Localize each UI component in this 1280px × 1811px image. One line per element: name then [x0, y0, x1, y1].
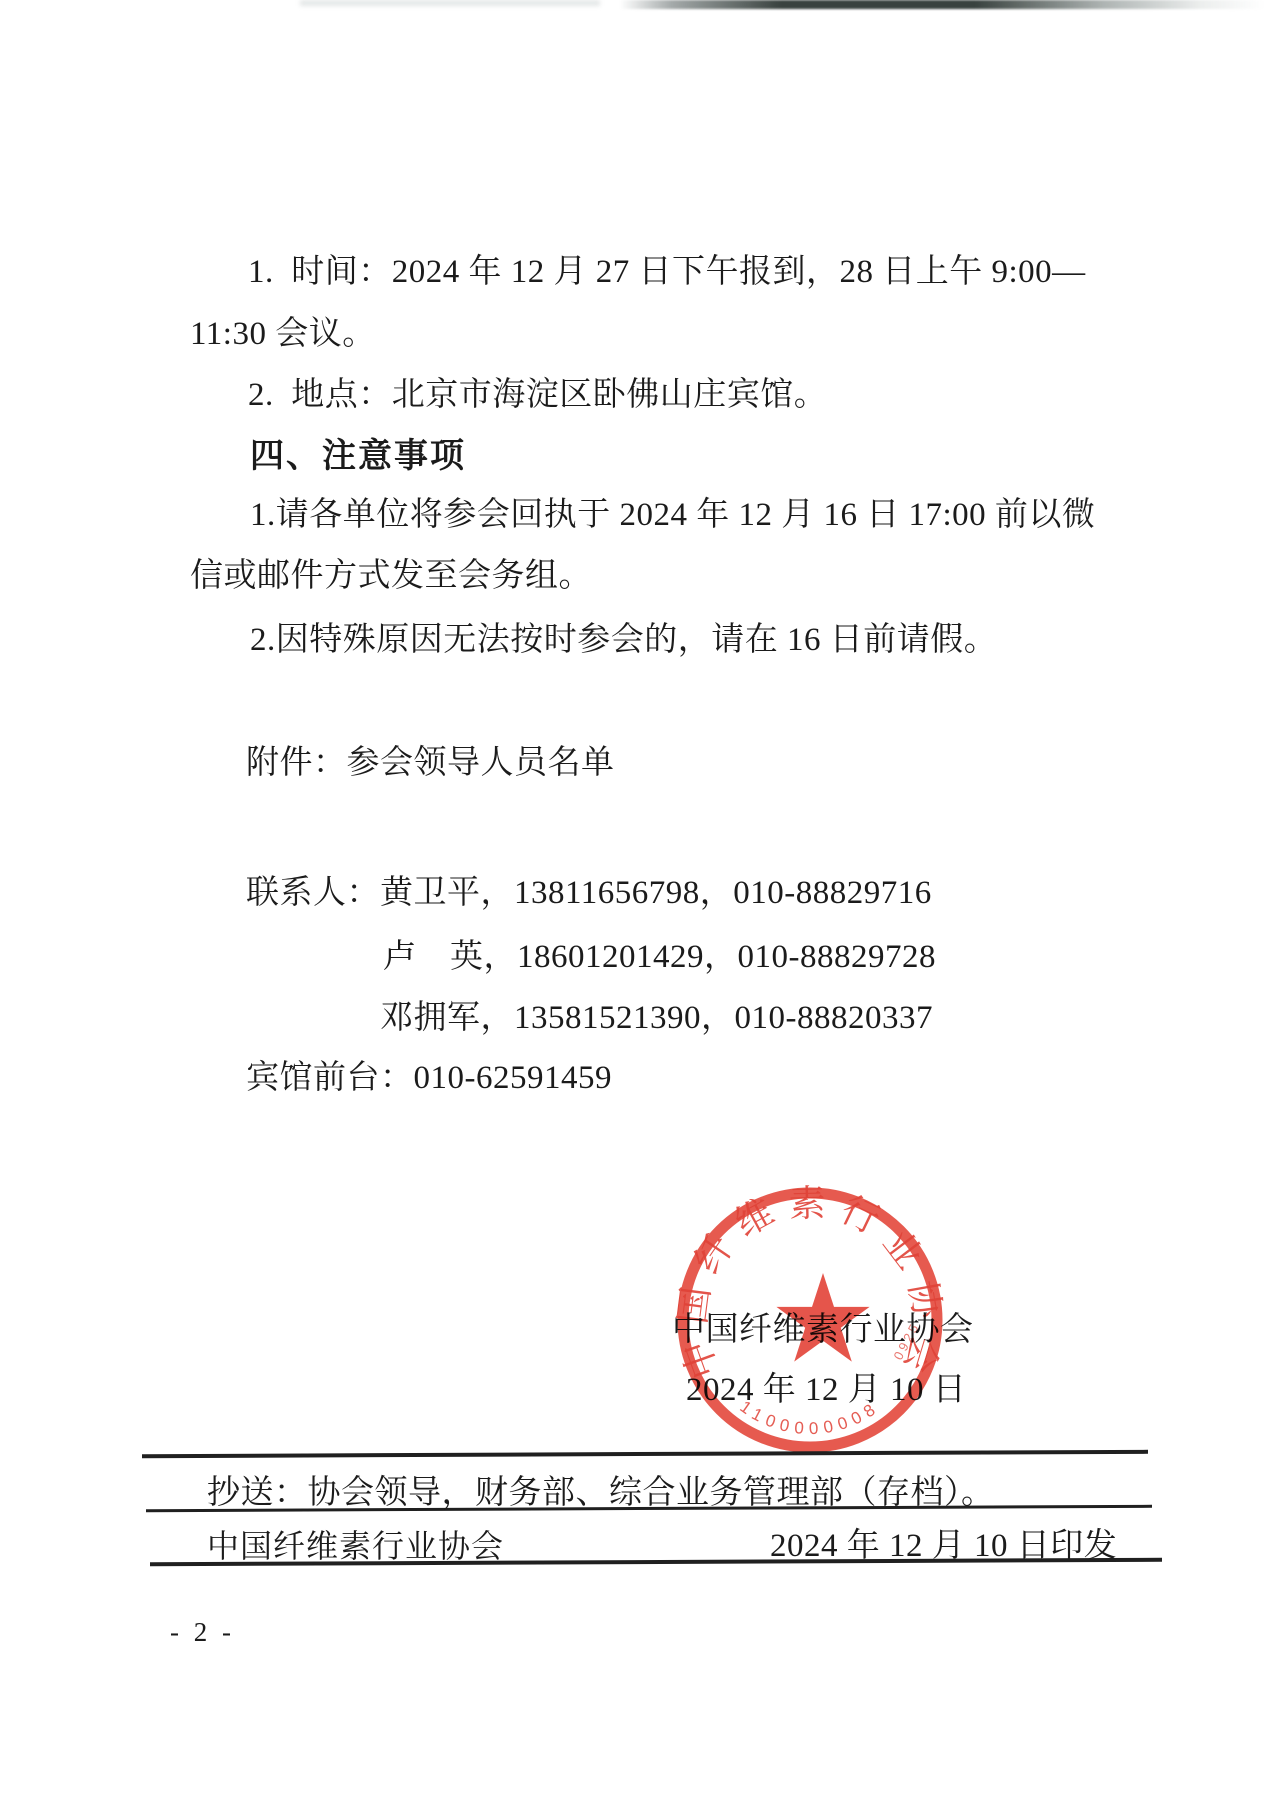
- document-page: 1. 时间：2024 年 12 月 27 日下午报到，28 日上午 9:00— …: [0, 0, 1280, 1811]
- seal-star-icon: [776, 1273, 869, 1362]
- body-line-time-cont: 11:30 会议。: [190, 316, 376, 354]
- official-seal: 中国纤维素行业协会 1100000008 0925: [655, 1165, 975, 1485]
- scan-edge-artifact: [300, 0, 600, 6]
- body-line-note1: 1.请各单位将参会回执于 2024 年 12 月 16 日 17:00 前以微: [250, 497, 1095, 535]
- contact-line-1: 联系人：黄卫平，13811656798，010-88829716: [246, 875, 932, 913]
- footer-rule-top: [142, 1450, 1148, 1458]
- footer-cc-line: 抄送：协会领导，财务部、综合业务管理部（存档）。: [207, 1466, 995, 1513]
- body-line-note2: 2.因特殊原因无法按时参会的，请在 16 日前请假。: [250, 622, 997, 660]
- contact-line-3: 邓拥军，13581521390，010-88820337: [380, 1000, 933, 1038]
- footer-issue-date: 2024 年 12 月 10 日印发: [770, 1519, 1117, 1566]
- hotel-front-desk-line: 宾馆前台：010-62591459: [246, 1060, 612, 1098]
- page-number: - 2 -: [170, 1617, 235, 1648]
- footer-issuer: 中国纤维素行业协会: [207, 1521, 504, 1567]
- body-line-time: 1. 时间：2024 年 12 月 27 日下午报到，28 日上午 9:00—: [248, 254, 1086, 292]
- body-line-place: 2. 地点：北京市海淀区卧佛山庄宾馆。: [248, 377, 827, 415]
- section-heading-notes: 四、注意事项: [250, 437, 466, 476]
- body-line-note1-cont: 信或邮件方式发至会务组。: [190, 558, 592, 596]
- attachment-line: 附件：参会领导人员名单: [246, 745, 615, 783]
- contact-line-2: 卢 英，18601201429，010-88829728: [383, 939, 936, 977]
- scan-edge-artifact: [620, 0, 1265, 9]
